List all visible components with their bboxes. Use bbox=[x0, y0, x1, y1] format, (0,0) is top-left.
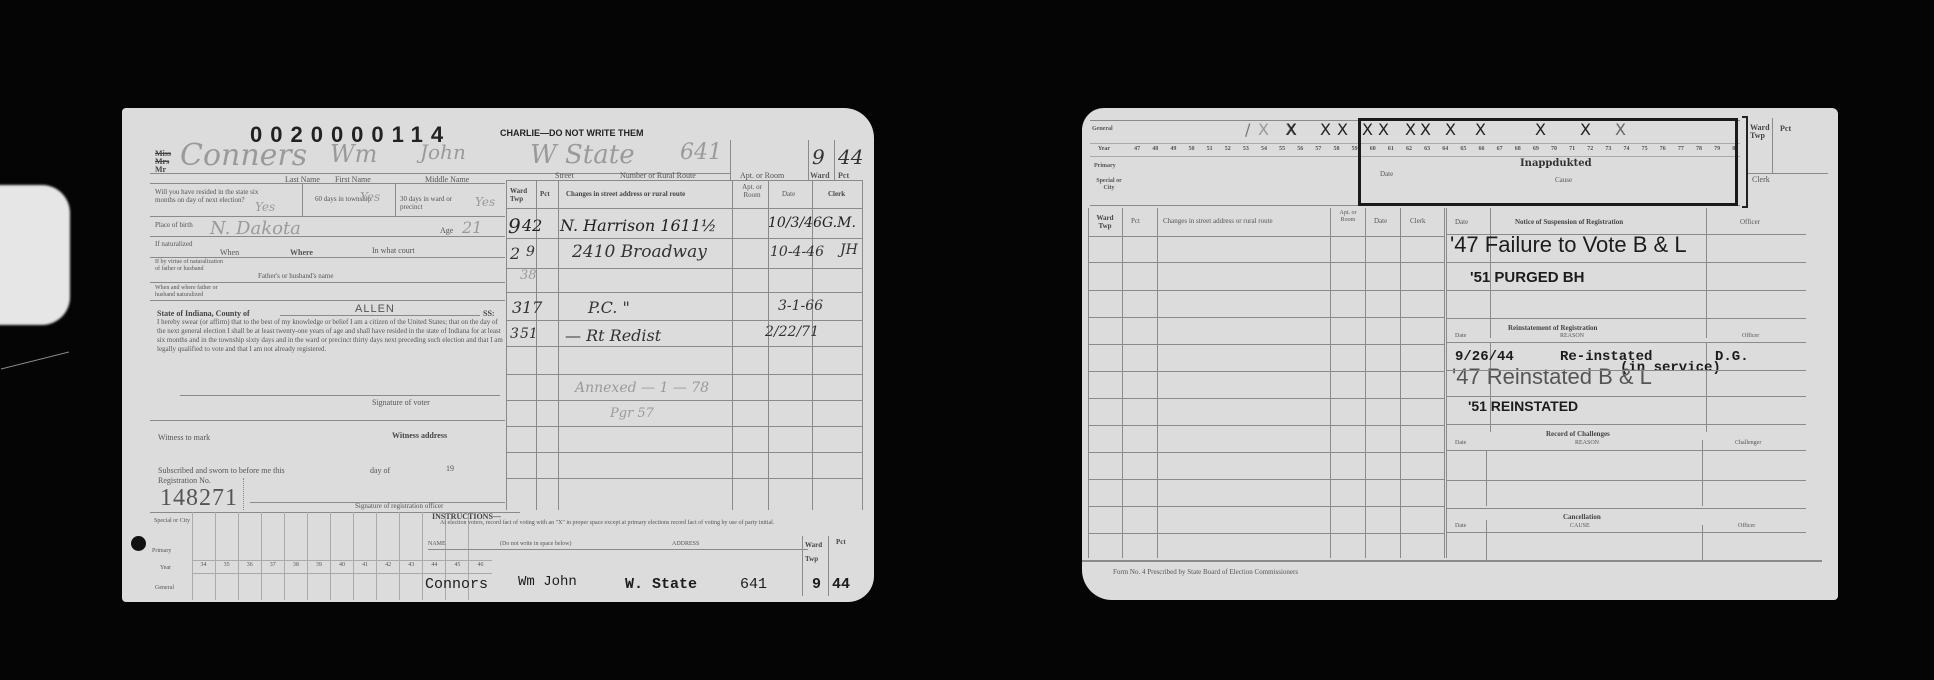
front-record-label-general: General bbox=[155, 585, 174, 591]
reinstatement-entry-3: '51 REINSTATED bbox=[1468, 398, 1578, 414]
change-row-1-ward: 9 bbox=[508, 214, 521, 238]
change-row-3-pct: 38 bbox=[520, 268, 537, 283]
typed-last-name: Connors bbox=[425, 576, 488, 593]
suspension-header-date: Date bbox=[1455, 218, 1468, 226]
back-record-label-year: Year bbox=[1098, 146, 1110, 152]
suspension-header-notice: Notice of Suspension of Registration bbox=[1515, 218, 1623, 226]
signature-label: Signature of voter bbox=[372, 398, 430, 407]
change-row-4-ward: 3 bbox=[512, 298, 522, 317]
vote-mark: X bbox=[1286, 120, 1297, 139]
year-cell: 43 bbox=[400, 562, 423, 572]
residency-ward-answer: Yes bbox=[475, 195, 495, 209]
cancellation-title: Cancellation bbox=[1563, 513, 1601, 521]
back-changes-header-ward: Ward Twp bbox=[1092, 214, 1118, 230]
typed-pct: 44 bbox=[832, 576, 850, 593]
film-scratch bbox=[1, 352, 69, 370]
year-cell: 41 bbox=[354, 562, 377, 572]
instructions-pct-label: Pct bbox=[836, 538, 846, 546]
year-cell: 56 bbox=[1291, 146, 1309, 155]
change-row-1-pct: 42 bbox=[522, 216, 542, 235]
changes-header-pct: Pct bbox=[540, 190, 550, 198]
apt-label: Apt. or Room bbox=[740, 171, 784, 180]
pct-value: 44 bbox=[838, 145, 863, 169]
naturalized-court-label: In what court bbox=[372, 246, 415, 255]
street-value: W State bbox=[530, 140, 635, 170]
change-row-4-pct: 17 bbox=[522, 298, 542, 317]
changes-header-clerk: Clerk bbox=[828, 190, 845, 198]
vote-mark: / bbox=[1245, 120, 1250, 139]
change-row-4-address: P.C. " bbox=[588, 298, 630, 317]
father-naturalized-when-label: When and where father or husband natural… bbox=[155, 285, 225, 299]
year-cell: 42 bbox=[377, 562, 400, 572]
year-cell: 44 bbox=[423, 562, 446, 572]
reinstatement-title: Reinstatement of Registration bbox=[1508, 324, 1597, 332]
county-label: State of Indiana, County of bbox=[157, 309, 250, 318]
year-cell: 35 bbox=[215, 562, 238, 572]
county-ss: SS: bbox=[483, 309, 495, 318]
ward-value: 9 bbox=[812, 145, 825, 169]
year-cell: 36 bbox=[238, 562, 261, 572]
subscribed-year-label: 19 bbox=[446, 464, 454, 473]
instructions-ward-label: Ward Twp bbox=[805, 538, 827, 566]
change-row-2-clerk: JH bbox=[840, 242, 858, 258]
ward-label: Ward bbox=[810, 171, 830, 180]
registration-number: 148271 bbox=[160, 485, 238, 512]
reinstatement-header-officer: Officer bbox=[1742, 333, 1759, 339]
first-name-value: Wm bbox=[330, 140, 377, 168]
naturalized-when-label: When bbox=[220, 248, 239, 257]
front-record-label-year: Year bbox=[160, 565, 171, 571]
oath-text: I hereby swear (or affirm) that to the b… bbox=[157, 318, 507, 354]
typed-given-name: Wm John bbox=[518, 574, 577, 590]
year-cell: 49 bbox=[1164, 146, 1182, 155]
front-record-label-special: Special or City bbox=[152, 518, 192, 525]
witness-label: Witness to mark bbox=[158, 433, 210, 442]
age-label: Age bbox=[440, 226, 453, 235]
inner-handwritten-note: Inappdukted bbox=[1520, 158, 1592, 169]
year-cell: 58 bbox=[1327, 146, 1345, 155]
changes-header-ward: Ward Twp bbox=[510, 187, 534, 203]
change-row-5-ward: 3 bbox=[510, 326, 519, 342]
vote-mark: X bbox=[1258, 120, 1269, 139]
back-changes-header-date: Date bbox=[1374, 217, 1387, 225]
year-cell: 46 bbox=[469, 562, 492, 572]
number-label: Number or Rural Route bbox=[620, 171, 696, 180]
registration-no-label: Registration No. bbox=[158, 476, 211, 485]
suspension-entry-2: '51 PURGED BH bbox=[1470, 269, 1584, 286]
cancellation-header-cause: CAUSE bbox=[1570, 523, 1590, 529]
change-row-1-clerk: G.M. bbox=[822, 215, 856, 231]
year-cell: 38 bbox=[284, 562, 307, 572]
year-cell: 54 bbox=[1255, 146, 1273, 155]
challenges-header-reason: REASON bbox=[1575, 440, 1599, 446]
birth-place-label: Place of birth bbox=[155, 221, 195, 229]
residency-state-answer: Yes bbox=[255, 200, 275, 214]
change-row-1-date: 10/3/46 bbox=[768, 215, 822, 231]
year-cell: 40 bbox=[330, 562, 353, 572]
reinstatement-header-reason: REASON bbox=[1560, 333, 1584, 339]
change-row-5-address: — Rt Redist bbox=[565, 326, 661, 345]
year-cell: 50 bbox=[1182, 146, 1200, 155]
front-year-row: 34 35 36 37 38 39 40 41 42 43 44 45 46 bbox=[192, 562, 492, 572]
back-ward-label: Ward Twp bbox=[1750, 124, 1774, 140]
cancellation-header-date: Date bbox=[1455, 523, 1466, 529]
instructions-name-label: NAME bbox=[428, 541, 446, 547]
adjacent-card-edge bbox=[0, 185, 70, 325]
year-cell: 34 bbox=[192, 562, 215, 572]
back-changes-header-address: Changes in street address or rural route bbox=[1163, 217, 1273, 225]
back-clerk-label: Clerk bbox=[1752, 175, 1770, 184]
inner-cause-label: Cause bbox=[1555, 176, 1572, 184]
bracket bbox=[1742, 116, 1748, 208]
punch-hole bbox=[131, 536, 146, 551]
front-record-label-primary: Primary bbox=[152, 548, 171, 554]
changes-header-address: Changes in street address or rural route bbox=[566, 190, 685, 198]
instructions-no-write-label: (Do not write in space below) bbox=[500, 541, 571, 547]
change-row-6-address: Annexed — 1 — 78 bbox=[575, 380, 709, 396]
age-value: 21 bbox=[462, 218, 482, 237]
instructions-text: At election voters, record fact of votin… bbox=[440, 520, 860, 527]
year-cell: 55 bbox=[1273, 146, 1291, 155]
back-record-label-special: Special or City bbox=[1094, 178, 1124, 192]
challenges-header-date: Date bbox=[1455, 440, 1466, 446]
registrar-signature-label: Signature of registration officer bbox=[355, 502, 443, 510]
changes-header-date: Date bbox=[782, 190, 795, 198]
residency-ward-question: 30 days in ward or precinct bbox=[400, 195, 470, 211]
reinstatement-entry-2: '47 Reinstated B & L bbox=[1452, 364, 1652, 390]
naturalized-where-label: Where bbox=[290, 248, 313, 257]
year-cell: 39 bbox=[307, 562, 330, 572]
cancellation-header-officer: Officer bbox=[1738, 523, 1755, 529]
subscribed-label: Subscribed and sworn to before me this bbox=[158, 466, 285, 475]
father-naturalization-label: If by virtue of naturalization of father… bbox=[155, 259, 225, 273]
vote-mark: X bbox=[1320, 120, 1331, 139]
year-cell: 37 bbox=[261, 562, 284, 572]
typed-ward: 9 bbox=[812, 576, 821, 593]
year-cell: 52 bbox=[1219, 146, 1237, 155]
year-cell: 57 bbox=[1309, 146, 1327, 155]
back-changes-header-apt: Apt. or Room bbox=[1334, 210, 1362, 224]
pct-label: Pct bbox=[838, 171, 849, 180]
challenges-header-challenger: Challenger bbox=[1735, 440, 1761, 446]
year-cell: 48 bbox=[1146, 146, 1164, 155]
challenges-title: Record of Challenges bbox=[1546, 430, 1610, 438]
back-pct-label: Pct bbox=[1780, 124, 1791, 133]
back-record-label-primary: Primary bbox=[1094, 163, 1116, 169]
header-notice: CHARLIE—DO NOT WRITE THEM bbox=[500, 128, 644, 138]
change-row-1-address: N. Harrison 1611½ bbox=[560, 216, 717, 235]
change-row-4-date: 3-1-66 bbox=[778, 298, 823, 314]
change-row-5-pct: 51 bbox=[520, 326, 538, 342]
back-changes-header-clerk: Clerk bbox=[1410, 217, 1426, 225]
suspension-header-officer: Officer bbox=[1740, 218, 1760, 226]
subscribed-day-label: day of bbox=[370, 466, 390, 475]
instructions-address-label: ADDRESS bbox=[672, 541, 699, 547]
street-label: Street bbox=[555, 171, 574, 180]
year-cell: 53 bbox=[1237, 146, 1255, 155]
county-value: ALLEN bbox=[355, 303, 395, 315]
change-row-2-date: 10-4-46 bbox=[770, 244, 824, 260]
change-row-5-date: 2/22/71 bbox=[765, 324, 819, 340]
middle-name-value: John bbox=[420, 140, 466, 164]
changes-header-apt: Apt. or Room bbox=[738, 183, 766, 199]
typed-street: W. State bbox=[625, 576, 697, 593]
back-changes-header-pct: Pct bbox=[1131, 217, 1140, 225]
vote-mark: X bbox=[1337, 120, 1348, 139]
reinstatement-header-date: Date bbox=[1455, 333, 1466, 339]
change-row-2-address: 2410 Broadway bbox=[572, 242, 707, 262]
residency-township-answer: Yes bbox=[360, 190, 380, 204]
year-cell: 45 bbox=[446, 562, 469, 572]
form-footer: Form No. 4 Prescribed by State Board of … bbox=[1113, 568, 1298, 576]
change-row-2-ward: 2 bbox=[510, 244, 520, 263]
father-name-label: Father's or husband's name bbox=[258, 272, 333, 280]
year-cell: 47 bbox=[1128, 146, 1146, 155]
suspension-entry-1: '47 Failure to Vote B & L bbox=[1450, 232, 1687, 258]
residency-state-question: Will you have resided in the state six m… bbox=[155, 188, 265, 204]
typed-number: 641 bbox=[740, 576, 767, 593]
change-row-7-address: Pgr 57 bbox=[610, 406, 654, 421]
number-value: 641 bbox=[680, 140, 722, 165]
naturalized-label: If naturalized bbox=[155, 240, 205, 248]
inner-date-label: Date bbox=[1380, 170, 1393, 178]
change-row-2-pct: 9 bbox=[526, 244, 535, 260]
last-name-value: Conners bbox=[180, 138, 307, 173]
reinstatement-date-1: 9/26/44 bbox=[1455, 349, 1514, 365]
witness-address-label: Witness address bbox=[392, 431, 447, 440]
year-cell: 51 bbox=[1201, 146, 1219, 155]
back-record-label-general: General bbox=[1092, 126, 1113, 132]
